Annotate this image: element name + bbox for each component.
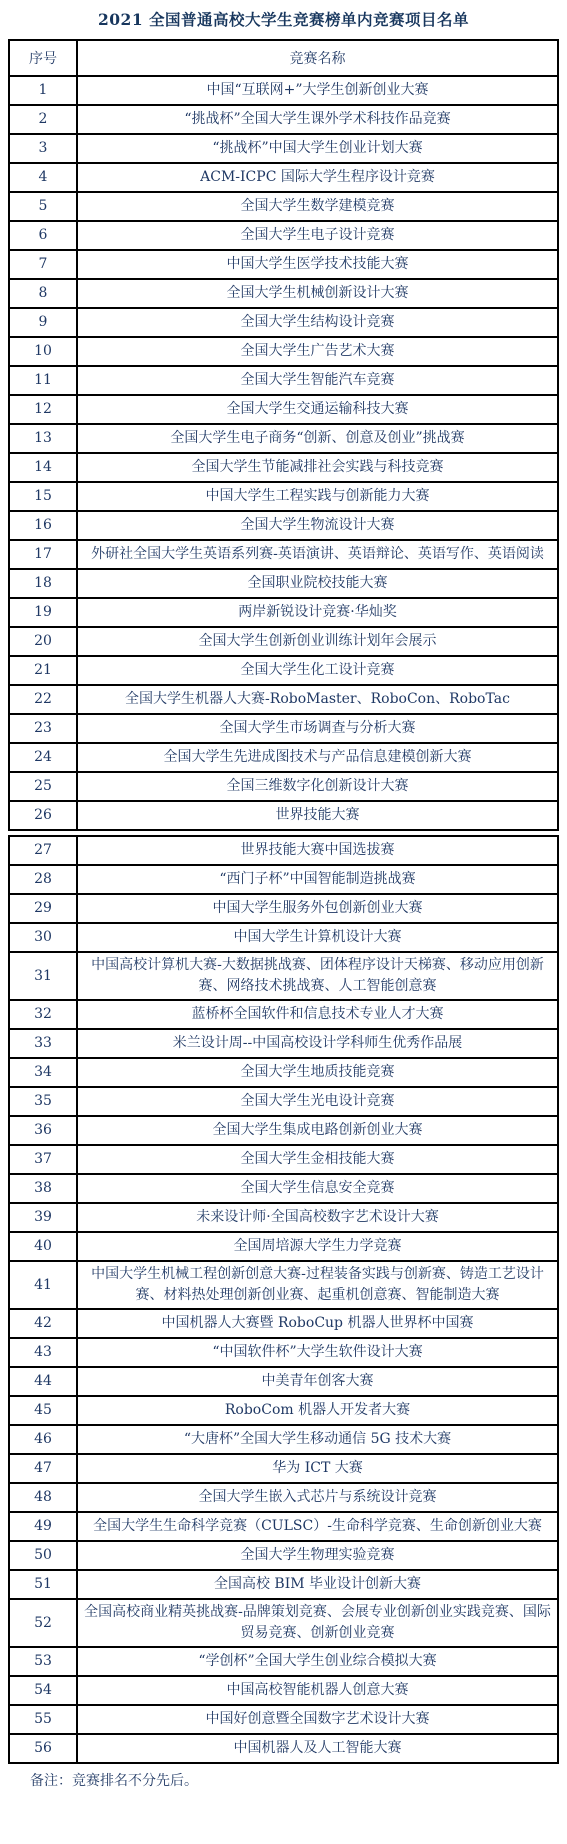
row-number: 43: [9, 1338, 77, 1367]
table-row: 53“学创杯”全国大学生创业综合模拟大赛: [9, 1647, 558, 1676]
table-row: 10全国大学生广告艺术大赛: [9, 337, 558, 366]
table-row: 48全国大学生嵌入式芯片与系统设计竞赛: [9, 1483, 558, 1512]
competition-name: 中国机器人及人工智能大赛: [77, 1734, 558, 1763]
row-number: 17: [9, 540, 77, 569]
table-row: 16全国大学生物流设计大赛: [9, 511, 558, 540]
row-number: 5: [9, 192, 77, 221]
table-row: 28“西门子杯”中国智能制造挑战赛: [9, 865, 558, 894]
competition-name: ACM-ICPC 国际大学生程序设计竞赛: [77, 163, 558, 192]
competition-name: 全国大学生电子商务“创新、创意及创业”挑战赛: [77, 424, 558, 453]
row-number: 21: [9, 656, 77, 685]
row-number: 10: [9, 337, 77, 366]
competition-name: 世界技能大赛中国选拔赛: [77, 836, 558, 865]
table-row: 19两岸新锐设计竞赛·华灿奖: [9, 598, 558, 627]
competition-name: 全国周培源大学生力学竞赛: [77, 1232, 558, 1261]
competition-table-segment-2: 27世界技能大赛中国选拔赛28“西门子杯”中国智能制造挑战赛29中国大学生服务外…: [8, 835, 559, 1764]
table-row: 24全国大学生先进成图技术与产品信息建模创新大赛: [9, 743, 558, 772]
table-row: 56中国机器人及人工智能大赛: [9, 1734, 558, 1763]
row-number: 52: [9, 1599, 77, 1647]
table-row: 35全国大学生光电设计竞赛: [9, 1087, 558, 1116]
table-row: 51全国高校 BIM 毕业设计创新大赛: [9, 1570, 558, 1599]
competition-name: 全国大学生嵌入式芯片与系统设计竞赛: [77, 1483, 558, 1512]
competition-name: 中国机器人大赛暨 RoboCup 机器人世界杯中国赛: [77, 1309, 558, 1338]
competition-name: 全国大学生化工设计竞赛: [77, 656, 558, 685]
table-row: 32蓝桥杯全国软件和信息技术专业人才大赛: [9, 1000, 558, 1029]
row-number: 38: [9, 1174, 77, 1203]
competition-name: 华为 ICT 大赛: [77, 1454, 558, 1483]
table-row: 33米兰设计周--中国高校设计学科师生优秀作品展: [9, 1029, 558, 1058]
row-number: 56: [9, 1734, 77, 1763]
competition-name: 全国大学生电子设计竞赛: [77, 221, 558, 250]
table-row: 50全国大学生物理实验竞赛: [9, 1541, 558, 1570]
table-row: 14全国大学生节能减排社会实践与科技竞赛: [9, 453, 558, 482]
table-row: 9全国大学生结构设计竞赛: [9, 308, 558, 337]
competition-name: “挑战杯”全国大学生课外学术科技作品竞赛: [77, 105, 558, 134]
competition-name: 全国大学生市场调查与分析大赛: [77, 714, 558, 743]
row-number: 42: [9, 1309, 77, 1338]
row-number: 6: [9, 221, 77, 250]
competition-name: 米兰设计周--中国高校设计学科师生优秀作品展: [77, 1029, 558, 1058]
competition-name: 两岸新锐设计竞赛·华灿奖: [77, 598, 558, 627]
competition-name: 全国大学生信息安全竞赛: [77, 1174, 558, 1203]
row-number: 47: [9, 1454, 77, 1483]
competition-name: 全国高校商业精英挑战赛-品牌策划竞赛、会展专业创新创业实践竞赛、国际贸易竞赛、创…: [77, 1599, 558, 1647]
row-number: 28: [9, 865, 77, 894]
competition-name: 全国大学生生命科学竞赛（CULSC）-生命科学竞赛、生命创新创业大赛: [77, 1512, 558, 1541]
table-row: 40全国周培源大学生力学竞赛: [9, 1232, 558, 1261]
table-row: 25全国三维数字化创新设计大赛: [9, 772, 558, 801]
table-row: 4ACM-ICPC 国际大学生程序设计竞赛: [9, 163, 558, 192]
row-number: 3: [9, 134, 77, 163]
competition-name: “中国软件杯”大学生软件设计大赛: [77, 1338, 558, 1367]
table-row: 37全国大学生金相技能大赛: [9, 1145, 558, 1174]
table-row: 11全国大学生智能汽车竞赛: [9, 366, 558, 395]
competition-name: 中国大学生计算机设计大赛: [77, 923, 558, 952]
row-number: 35: [9, 1087, 77, 1116]
row-number: 30: [9, 923, 77, 952]
row-number: 15: [9, 482, 77, 511]
table-row: 7中国大学生医学技术技能大赛: [9, 250, 558, 279]
competition-name: “大唐杯”全国大学生移动通信 5G 技术大赛: [77, 1425, 558, 1454]
table-row: 21全国大学生化工设计竞赛: [9, 656, 558, 685]
competition-table-segment-1: 序号 竞赛名称 1中国“互联网+”大学生创新创业大赛2“挑战杯”全国大学生课外学…: [8, 39, 559, 831]
header-row: 序号 竞赛名称: [9, 40, 558, 76]
competition-name: 全国大学生节能减排社会实践与科技竞赛: [77, 453, 558, 482]
table-row: 30中国大学生计算机设计大赛: [9, 923, 558, 952]
competition-name: 全国大学生数学建模竞赛: [77, 192, 558, 221]
table-row: 45RoboCom 机器人开发者大赛: [9, 1396, 558, 1425]
table-row: 54中国高校智能机器人创意大赛: [9, 1676, 558, 1705]
row-number: 14: [9, 453, 77, 482]
row-number: 33: [9, 1029, 77, 1058]
table-row: 41中国大学生机械工程创新创意大赛-过程装备实践与创新赛、铸造工艺设计赛、材料热…: [9, 1261, 558, 1309]
table-row: 18全国职业院校技能大赛: [9, 569, 558, 598]
competition-name: 全国大学生交通运输科技大赛: [77, 395, 558, 424]
competition-name: 外研社全国大学生英语系列赛-英语演讲、英语辩论、英语写作、英语阅读: [77, 540, 558, 569]
row-number: 11: [9, 366, 77, 395]
row-number: 19: [9, 598, 77, 627]
table-row: 55中国好创意暨全国数字艺术设计大赛: [9, 1705, 558, 1734]
competition-name: 中国大学生工程实践与创新能力大赛: [77, 482, 558, 511]
row-number: 27: [9, 836, 77, 865]
row-number: 1: [9, 76, 77, 105]
table-row: 27世界技能大赛中国选拔赛: [9, 836, 558, 865]
competition-name: 全国大学生广告艺术大赛: [77, 337, 558, 366]
table-row: 47华为 ICT 大赛: [9, 1454, 558, 1483]
row-number: 8: [9, 279, 77, 308]
table-row: 42中国机器人大赛暨 RoboCup 机器人世界杯中国赛: [9, 1309, 558, 1338]
competition-name: 中国大学生医学技术技能大赛: [77, 250, 558, 279]
table-row: 29中国大学生服务外包创新创业大赛: [9, 894, 558, 923]
competition-name: RoboCom 机器人开发者大赛: [77, 1396, 558, 1425]
header-cell-number: 序号: [9, 40, 77, 76]
table-row: 6全国大学生电子设计竞赛: [9, 221, 558, 250]
document-page: 2021 全国普通高校大学生竞赛榜单内竞赛项目名单 序号 竞赛名称 1中国“互联…: [0, 0, 567, 1844]
table-row: 39未来设计师·全国高校数字艺术设计大赛: [9, 1203, 558, 1232]
row-number: 39: [9, 1203, 77, 1232]
table-row: 8全国大学生机械创新设计大赛: [9, 279, 558, 308]
table-row: 1中国“互联网+”大学生创新创业大赛: [9, 76, 558, 105]
competition-name: “西门子杯”中国智能制造挑战赛: [77, 865, 558, 894]
table-row: 36全国大学生集成电路创新创业大赛: [9, 1116, 558, 1145]
table-row: 20全国大学生创新创业训练计划年会展示: [9, 627, 558, 656]
table-row: 5全国大学生数学建模竞赛: [9, 192, 558, 221]
row-number: 12: [9, 395, 77, 424]
table-row: 31中国高校计算机大赛-大数据挑战赛、团体程序设计天梯赛、移动应用创新赛、网络技…: [9, 952, 558, 1000]
competition-name: 全国大学生智能汽车竞赛: [77, 366, 558, 395]
table-row: 15中国大学生工程实践与创新能力大赛: [9, 482, 558, 511]
header-cell-competition-name: 竞赛名称: [77, 40, 558, 76]
competition-name: 中国大学生机械工程创新创意大赛-过程装备实践与创新赛、铸造工艺设计赛、材料热处理…: [77, 1261, 558, 1309]
row-number: 34: [9, 1058, 77, 1087]
row-number: 54: [9, 1676, 77, 1705]
row-number: 2: [9, 105, 77, 134]
competition-name: 世界技能大赛: [77, 801, 558, 830]
row-number: 31: [9, 952, 77, 1000]
competition-name: 全国职业院校技能大赛: [77, 569, 558, 598]
row-number: 16: [9, 511, 77, 540]
row-number: 44: [9, 1367, 77, 1396]
row-number: 50: [9, 1541, 77, 1570]
competition-name: 中美青年创客大赛: [77, 1367, 558, 1396]
row-number: 29: [9, 894, 77, 923]
row-number: 24: [9, 743, 77, 772]
table-row: 46“大唐杯”全国大学生移动通信 5G 技术大赛: [9, 1425, 558, 1454]
competition-name: “学创杯”全国大学生创业综合模拟大赛: [77, 1647, 558, 1676]
competition-name: 全国大学生机械创新设计大赛: [77, 279, 558, 308]
row-number: 9: [9, 308, 77, 337]
competition-name: 全国高校 BIM 毕业设计创新大赛: [77, 1570, 558, 1599]
competition-name: 全国大学生光电设计竞赛: [77, 1087, 558, 1116]
competition-name: 全国大学生结构设计竞赛: [77, 308, 558, 337]
competition-name: 中国高校智能机器人创意大赛: [77, 1676, 558, 1705]
row-number: 49: [9, 1512, 77, 1541]
row-number: 23: [9, 714, 77, 743]
competition-name: 全国大学生先进成图技术与产品信息建模创新大赛: [77, 743, 558, 772]
competition-name: 全国大学生机器人大赛-RoboMaster、RoboCon、RoboTac: [77, 685, 558, 714]
row-number: 7: [9, 250, 77, 279]
competition-name: 全国大学生地质技能竞赛: [77, 1058, 558, 1087]
table-header: 序号 竞赛名称: [9, 40, 558, 76]
row-number: 32: [9, 1000, 77, 1029]
table-row: 49全国大学生生命科学竞赛（CULSC）-生命科学竞赛、生命创新创业大赛: [9, 1512, 558, 1541]
competition-name: 蓝桥杯全国软件和信息技术专业人才大赛: [77, 1000, 558, 1029]
competition-name: 全国大学生集成电路创新创业大赛: [77, 1116, 558, 1145]
table-row: 43“中国软件杯”大学生软件设计大赛: [9, 1338, 558, 1367]
page-title: 2021 全国普通高校大学生竞赛榜单内竞赛项目名单: [0, 8, 567, 30]
row-number: 51: [9, 1570, 77, 1599]
competition-name: 中国高校计算机大赛-大数据挑战赛、团体程序设计天梯赛、移动应用创新赛、网络技术挑…: [77, 952, 558, 1000]
row-number: 22: [9, 685, 77, 714]
competition-name: 中国大学生服务外包创新创业大赛: [77, 894, 558, 923]
row-number: 48: [9, 1483, 77, 1512]
competition-name: 全国大学生物理实验竞赛: [77, 1541, 558, 1570]
table-row: 3“挑战杯”中国大学生创业计划大赛: [9, 134, 558, 163]
table-row: 38全国大学生信息安全竞赛: [9, 1174, 558, 1203]
competition-name: 中国“互联网+”大学生创新创业大赛: [77, 76, 558, 105]
table-row: 23全国大学生市场调查与分析大赛: [9, 714, 558, 743]
competition-name: 全国大学生金相技能大赛: [77, 1145, 558, 1174]
table-row: 22全国大学生机器人大赛-RoboMaster、RoboCon、RoboTac: [9, 685, 558, 714]
row-number: 36: [9, 1116, 77, 1145]
competition-name: “挑战杯”中国大学生创业计划大赛: [77, 134, 558, 163]
row-number: 45: [9, 1396, 77, 1425]
row-number: 18: [9, 569, 77, 598]
row-number: 20: [9, 627, 77, 656]
table-row: 34全国大学生地质技能竞赛: [9, 1058, 558, 1087]
row-number: 4: [9, 163, 77, 192]
competition-name: 全国大学生物流设计大赛: [77, 511, 558, 540]
table-row: 26世界技能大赛: [9, 801, 558, 830]
table-row: 52全国高校商业精英挑战赛-品牌策划竞赛、会展专业创新创业实践竞赛、国际贸易竞赛…: [9, 1599, 558, 1647]
table-row: 17外研社全国大学生英语系列赛-英语演讲、英语辩论、英语写作、英语阅读: [9, 540, 558, 569]
table-body-segment-2: 27世界技能大赛中国选拔赛28“西门子杯”中国智能制造挑战赛29中国大学生服务外…: [9, 836, 558, 1763]
competition-name: 全国大学生创新创业训练计划年会展示: [77, 627, 558, 656]
row-number: 26: [9, 801, 77, 830]
table-body-segment-1: 1中国“互联网+”大学生创新创业大赛2“挑战杯”全国大学生课外学术科技作品竞赛3…: [9, 76, 558, 830]
row-number: 13: [9, 424, 77, 453]
table-row: 12全国大学生交通运输科技大赛: [9, 395, 558, 424]
row-number: 55: [9, 1705, 77, 1734]
competition-name: 中国好创意暨全国数字艺术设计大赛: [77, 1705, 558, 1734]
table-row: 44中美青年创客大赛: [9, 1367, 558, 1396]
row-number: 41: [9, 1261, 77, 1309]
footer-note: 备注：竞赛排名不分先后。: [30, 1770, 567, 1790]
row-number: 37: [9, 1145, 77, 1174]
table-row: 2“挑战杯”全国大学生课外学术科技作品竞赛: [9, 105, 558, 134]
competition-name: 未来设计师·全国高校数字艺术设计大赛: [77, 1203, 558, 1232]
competition-name: 全国三维数字化创新设计大赛: [77, 772, 558, 801]
row-number: 25: [9, 772, 77, 801]
row-number: 40: [9, 1232, 77, 1261]
row-number: 46: [9, 1425, 77, 1454]
table-row: 13全国大学生电子商务“创新、创意及创业”挑战赛: [9, 424, 558, 453]
row-number: 53: [9, 1647, 77, 1676]
